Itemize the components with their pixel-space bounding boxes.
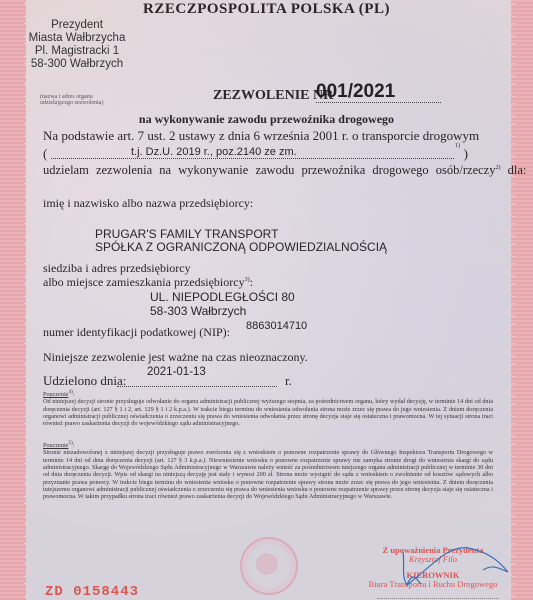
notice-text: Od niniejszej decyzji stronie przysługuj… xyxy=(43,398,493,427)
issued-suffix: r. xyxy=(285,373,292,389)
legal-basis: Na podstawie art. 7 ust. 2 ustawy z dnia… xyxy=(43,128,479,144)
footnote-marker: 1) xyxy=(455,143,460,149)
guilloche-border-left xyxy=(0,0,26,600)
grant-text: udzielam zezwolenia na wykonywanie zawod… xyxy=(43,163,495,177)
legal-citation-line: ( t.j. Dz.U. 2019 r., poz.2140 ze zm. 1)… xyxy=(43,146,468,162)
issuing-authority: Prezydent Miasta Wałbrzycha Pl. Magistra… xyxy=(22,19,132,71)
residence-label: albo miejsce zamieszkania przedsiębiorcy… xyxy=(43,275,253,290)
address-label: siedziba i adres przedsiębiorcy xyxy=(43,261,191,276)
footnote-marker: 5) xyxy=(68,440,72,446)
caption-line: udzielającego zezwolenia) xyxy=(40,100,103,106)
issue-date: 2021-01-13 xyxy=(147,366,206,378)
notice-heading: Pouczenie xyxy=(43,391,68,398)
address-line: UL. NIEPODLEGŁOŚCI 80 xyxy=(150,290,295,304)
authority-caption: (nazwa i adres organu udzielającego zezw… xyxy=(40,94,103,106)
wave-edge-left xyxy=(24,0,34,600)
nip-label: numer identyfikacji podatkowej (NIP): xyxy=(43,325,230,340)
handwritten-signature xyxy=(393,540,513,590)
authority-line: Pl. Magistracki 1 xyxy=(22,45,132,58)
eagle-emblem xyxy=(256,553,278,575)
grant-statement: udzielam zezwolenia na wykonywanie zawod… xyxy=(43,163,526,178)
authority-line: 58-300 Wałbrzych xyxy=(22,58,132,71)
notice-text: Stronie niezadowolonej z niniejszej decy… xyxy=(43,449,493,500)
official-seal xyxy=(240,537,298,595)
citation-dotline xyxy=(51,158,454,159)
notice-heading: Pouczenie xyxy=(43,442,68,449)
wave-edge-right xyxy=(505,0,515,600)
residence-label-text: albo miejsce zamieszkania przedsiębiorcy xyxy=(43,275,245,289)
permit-number-dotline xyxy=(316,102,441,103)
entrepreneur-address: UL. NIEPODLEGŁOŚCI 80 58-303 Wałbrzych xyxy=(150,290,295,318)
open-paren: ( xyxy=(43,146,47,161)
issued-label: Udzielono dnia: xyxy=(43,373,126,389)
authority-line: Miasta Wałbrzycha xyxy=(22,32,132,45)
serial-number: ZD 0158443 xyxy=(45,584,139,600)
address-line: 58-303 Wałbrzych xyxy=(150,304,295,318)
grant-end: dla: xyxy=(500,163,526,177)
signature-dotline xyxy=(377,598,499,599)
issue-date-dotline xyxy=(117,386,277,387)
footnote-marker: 4) xyxy=(68,389,72,395)
appeal-notice: Pouczenie4): Od niniejszej decyzji stron… xyxy=(43,389,493,428)
permit-subtitle: na wykonywanie zawodu przewoźnika drogow… xyxy=(0,112,533,127)
company-name-line: SPÓŁKA Z OGRANICZONĄ ODPOWIEDZIALNOŚCIĄ xyxy=(95,241,387,254)
entrepreneur-name: PRUGAR'S FAMILY TRANSPORT SPÓŁKA Z OGRAN… xyxy=(95,228,387,254)
entrepreneur-name-label: imię i nazwisko albo nazwa przedsiębiorc… xyxy=(43,196,253,211)
validity-statement: Niniejsze zezwolenie jest ważne na czas … xyxy=(43,350,308,365)
nip-value: 8863014710 xyxy=(246,320,307,332)
close-paren: ) xyxy=(464,146,468,162)
legal-citation: t.j. Dz.U. 2019 r., poz.2140 ze zm. xyxy=(131,146,297,158)
authority-line: Prezydent xyxy=(22,19,132,32)
permit-document: RZECZPOSPOLITA POLSKA (PL) Prezydent Mia… xyxy=(0,0,533,600)
permit-number: 001/2021 xyxy=(316,81,395,103)
reconsideration-notice: Pouczenie5): Stronie niezadowolonej z ni… xyxy=(43,440,493,500)
country-title: RZECZPOSPOLITA POLSKA (PL) xyxy=(0,1,533,18)
